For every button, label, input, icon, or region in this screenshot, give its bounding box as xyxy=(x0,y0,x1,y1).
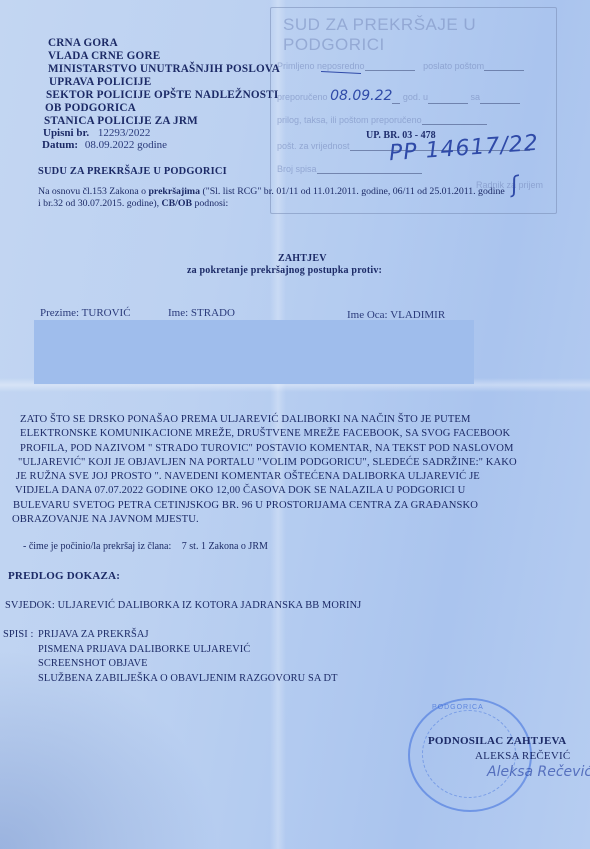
stamp-title: SUD ZA PREKRŠAJE U PODGORICI xyxy=(283,15,556,55)
violation-label: - čime je počinio/la prekršaj iz člana: xyxy=(23,541,171,552)
violation-article: 7 st. 1 Zakona o JRM xyxy=(182,541,268,552)
first-name-value: STRADO xyxy=(191,307,235,319)
witness-line: SVJEDOK: ULJAREVIĆ DALIBORKA IZ KOTORA J… xyxy=(5,599,361,613)
document-date-value: 08.09.2022 godine xyxy=(85,139,167,151)
legal-basis-unit: CB/OB xyxy=(162,198,193,209)
surname-field: Prezime: TUROVIĆ xyxy=(40,307,131,320)
legal-basis-text: prekršajima xyxy=(148,186,200,197)
description-line: ELEKTRONSKE KOMUNIKACIONE MREŽE, DRUŠTVE… xyxy=(20,427,517,441)
header-line: SEKTOR POLICIJE OPŠTE NADLEŽNOSTI xyxy=(46,89,280,102)
case-files-label: SPISI : xyxy=(3,628,33,642)
stamp-label: poslato poštom xyxy=(423,61,484,71)
signatory-name: ALEKSA REČEVIĆ xyxy=(475,750,570,763)
case-file-item: PRIJAVA ZA PREKRŠAJ xyxy=(38,628,338,643)
header-line: CRNA GORA xyxy=(48,37,280,50)
document-subtitle: za pokretanje prekršajnog postupka proti… xyxy=(187,264,382,277)
addressee: SUDU ZA PREKRŠAJE U PODGORICI xyxy=(38,165,227,178)
first-name-label: Ime: xyxy=(168,307,188,319)
court-reception-stamp: SUD ZA PREKRŠAJE U PODGORICI Primljeno n… xyxy=(270,7,557,214)
description-line: JE RUŽNA SVE JOJ PROSTO ". NAVEDENI KOME… xyxy=(16,470,517,484)
signatory-role: PODNOSILAC ZAHTJEVA xyxy=(428,735,566,748)
case-file-item: PISMENA PRIJAVA DALIBORKE ULJAREVIĆ xyxy=(38,643,338,658)
stamp-label: preporučeno xyxy=(277,92,328,102)
stamp-label: pošt. za vrijednost xyxy=(277,141,350,151)
handwritten-signature: Aleksa Rečević xyxy=(487,764,590,780)
registry-number-label: Upisni br. xyxy=(43,127,89,139)
description-line: OBRAZOVANJE NA JAVNOM MJESTU. xyxy=(12,513,517,527)
header-line: MINISTARSTVO UNUTRAŠNJIH POSLOVA xyxy=(48,63,280,76)
description-line: "ULJAREVIĆ" KOJI JE OBJAVLJEN NA PORTALU… xyxy=(18,456,517,470)
evidence-heading: PREDLOG DOKAZA: xyxy=(8,570,120,583)
legal-basis-text: ("Sl. list RCG" br. 01/11 od 11.01.2011.… xyxy=(200,186,505,197)
redacted-area xyxy=(34,320,474,384)
case-file-item: SCREENSHOT OBJAVE xyxy=(38,657,338,672)
stamp-label: Broj spisa xyxy=(277,164,317,174)
header-line: OB PODGORICA xyxy=(45,102,280,115)
stamp-row-received: Primljeno neposredno poslato poštom xyxy=(277,61,524,71)
legal-basis-text: Na osnovu čl.153 Zakona o xyxy=(38,186,148,197)
registry-number-value: 12293/2022 xyxy=(98,127,151,139)
legal-basis: Na osnovu čl.153 Zakona o prekršajima ("… xyxy=(38,186,505,210)
offense-description: ZATO ŠTO SE DRSKO PONAŠAO PREMA ULJAREVI… xyxy=(20,413,517,527)
description-line: VIDJELA DANA 07.07.2022 GODINE OKO 12,00… xyxy=(15,484,517,498)
description-line: BULEVARU SVETOG PETRA CETINJSKOG BR. 96 … xyxy=(13,499,517,513)
first-name-field: Ime: STRADO xyxy=(168,307,235,320)
stamp-label: sa xyxy=(470,92,480,102)
issuer-header: CRNA GORA VLADA CRNE GORE MINISTARSTVO U… xyxy=(48,37,280,128)
legal-basis-text: i br.32 od 30.07.2015. godine), xyxy=(38,198,162,209)
legal-basis-text: podnosi: xyxy=(192,198,228,209)
stamp-row-attachment: prilog, taksa, ili poštom preporučeno xyxy=(277,115,487,125)
pen-stroke xyxy=(321,71,361,74)
seal-text: PODGORICA xyxy=(432,704,484,711)
surname-value: TUROVIĆ xyxy=(82,307,131,319)
document-date-label: Datum: xyxy=(42,139,78,151)
header-line: UPRAVA POLICIJE xyxy=(49,76,280,89)
document-date: Datum: 08.09.2022 godine xyxy=(42,139,167,152)
surname-label: Prezime: xyxy=(40,307,79,319)
stamp-label: god. u xyxy=(403,92,428,102)
case-file-item: SLUŽBENA ZABILJEŠKA O OBAVLJENIM RAZGOVO… xyxy=(38,672,338,687)
case-files-list: PRIJAVA ZA PREKRŠAJ PISMENA PRIJAVA DALI… xyxy=(38,628,338,686)
header-line: VLADA CRNE GORE xyxy=(48,50,280,63)
stamp-row-registered: preporučeno 08.09.22 god. u sa xyxy=(277,88,520,104)
stamp-label: Primljeno neposredno xyxy=(277,61,365,71)
description-line: ZATO ŠTO SE DRSKO PONAŠAO PREMA ULJAREVI… xyxy=(20,413,517,427)
violation-clause: - čime je počinio/la prekršaj iz člana: … xyxy=(23,540,268,554)
description-line: PROFILA, POD NAZIVOM " STRADO TUROVIC" P… xyxy=(20,442,517,456)
stamp-label: prilog, taksa, ili poštom preporučeno xyxy=(277,115,422,125)
handwritten-date: 08.09.22 xyxy=(330,88,392,104)
